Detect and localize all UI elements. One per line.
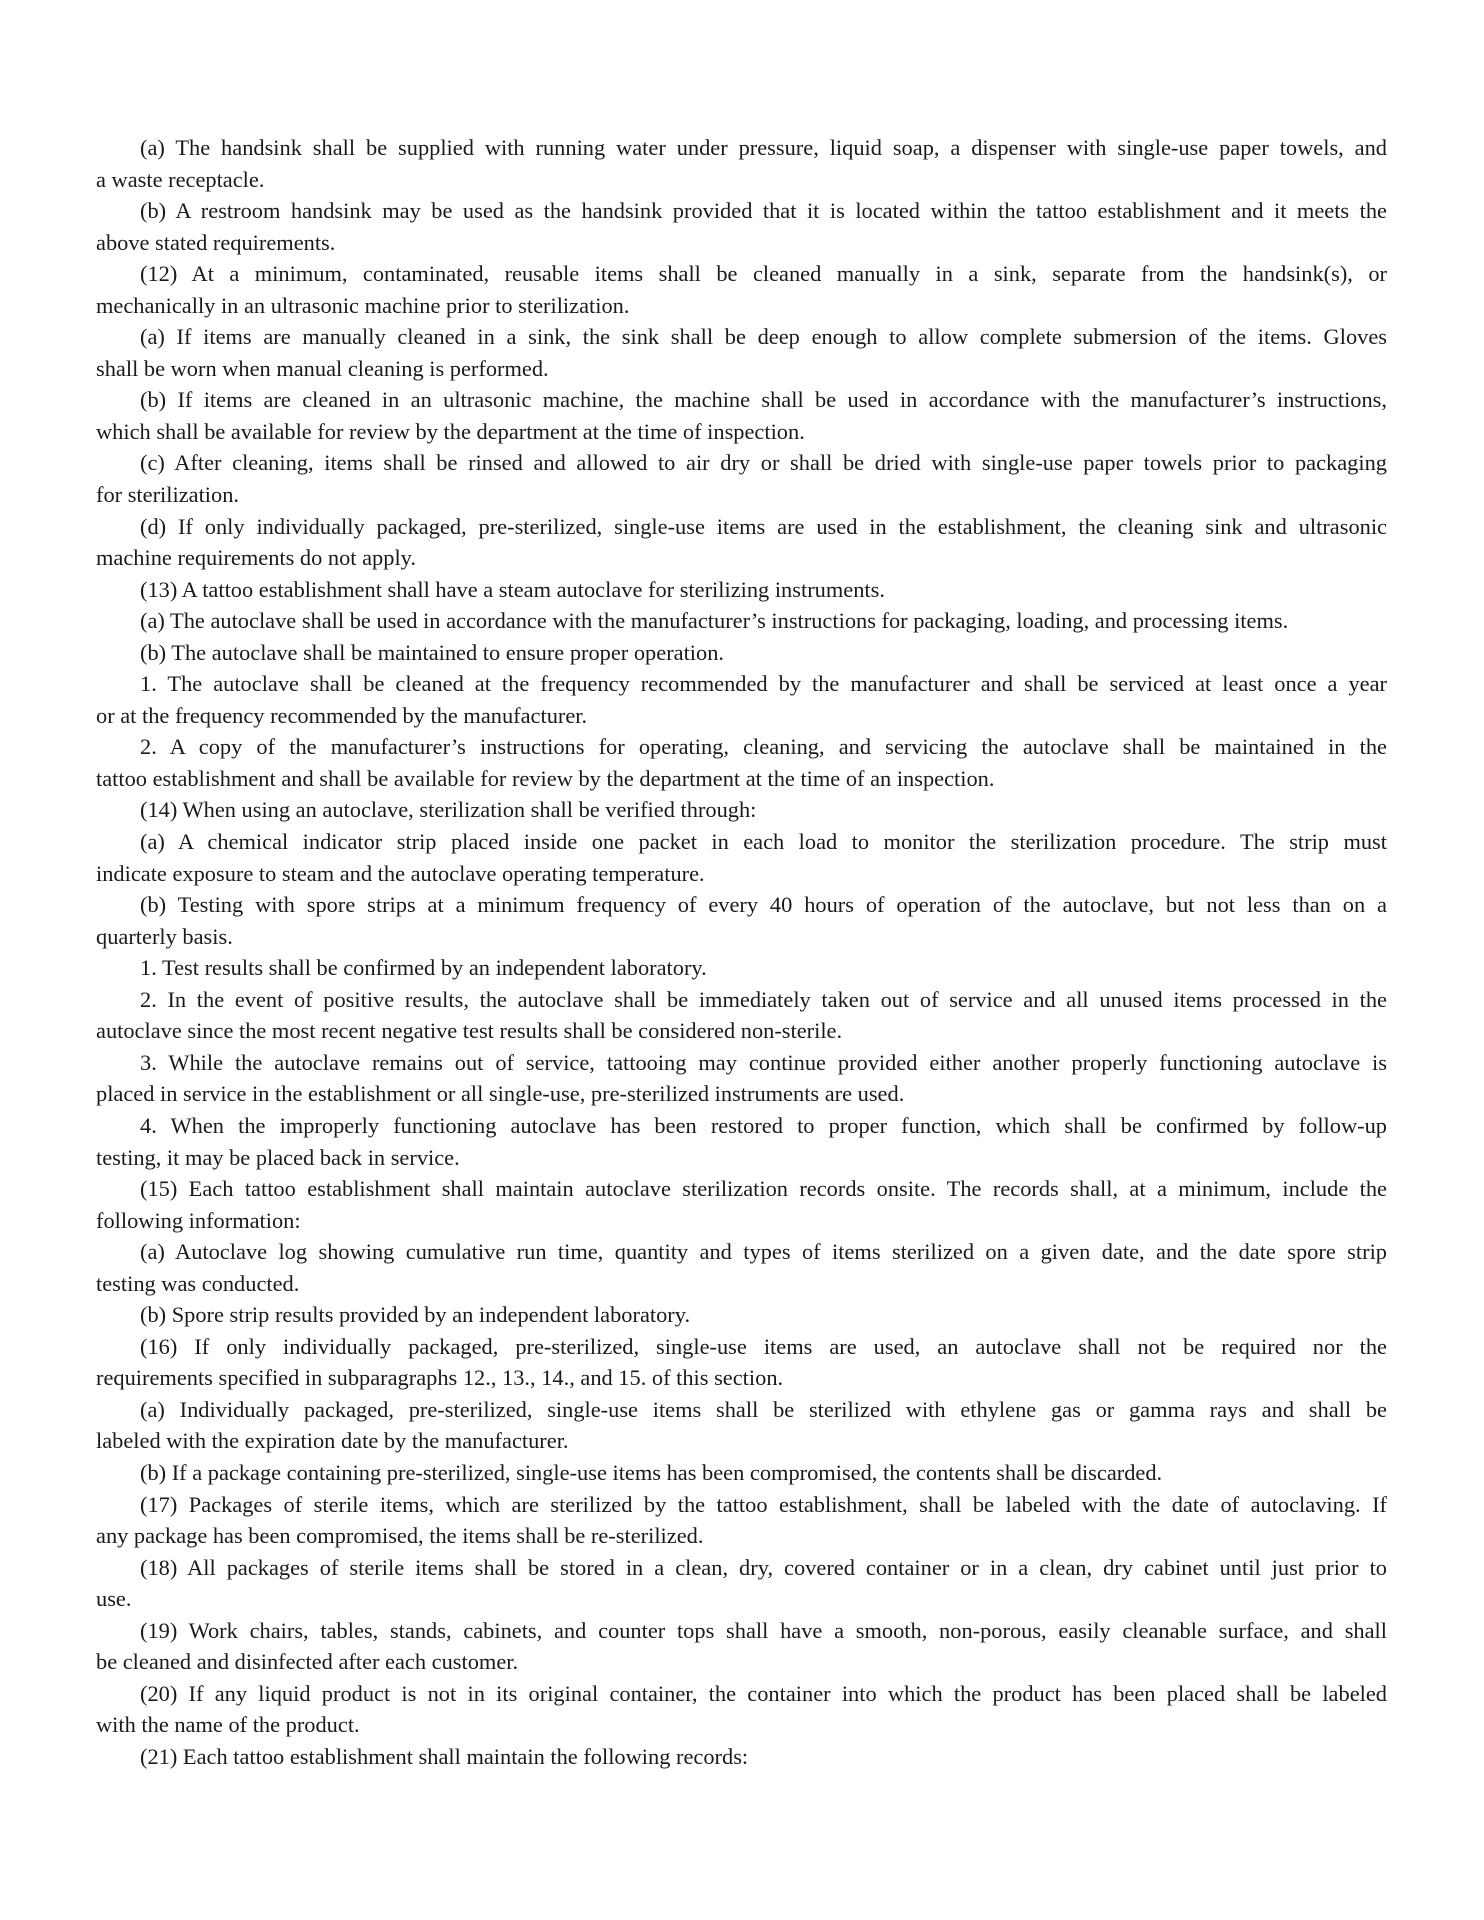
paragraph-line: use. [96,1583,1387,1615]
paragraph-14b3: 3. While the autoclave remains out of se… [96,1047,1387,1110]
paragraph-line: (d) If only individually packaged, pre-s… [96,511,1387,543]
paragraph-line: (b) Testing with spore strips at a minim… [96,889,1387,921]
paragraph-line: (a) Individually packaged, pre-sterilize… [96,1394,1387,1426]
paragraph-line: (16) If only individually packaged, pre-… [96,1331,1387,1363]
paragraph-line: (b) The autoclave shall be maintained to… [96,637,1387,669]
paragraph-line: with the name of the product. [96,1709,1387,1741]
paragraph-line: 4. When the improperly functioning autoc… [96,1110,1387,1142]
paragraph-20: (20) If any liquid product is not in its… [96,1678,1387,1741]
paragraph-13b2: 2. A copy of the manufacturer’s instruct… [96,731,1387,794]
paragraph-line: (a) If items are manually cleaned in a s… [96,321,1387,353]
paragraph-line: (20) If any liquid product is not in its… [96,1678,1387,1710]
paragraph-line: tattoo establishment and shall be availa… [96,763,1387,795]
paragraph-line: (12) At a minimum, contaminated, reusabl… [96,258,1387,290]
document-page: (a) The handsink shall be supplied with … [96,132,1387,1772]
paragraph-line: labeled with the expiration date by the … [96,1425,1387,1457]
paragraph-16: (16) If only individually packaged, pre-… [96,1331,1387,1394]
paragraph-line: quarterly basis. [96,921,1387,953]
paragraph-12b: (b) If items are cleaned in an ultrasoni… [96,384,1387,447]
paragraph-14a: (a) A chemical indicator strip placed in… [96,826,1387,889]
paragraph-line: (b) A restroom handsink may be used as t… [96,195,1387,227]
paragraph-13a: (a) The autoclave shall be used in accor… [96,605,1387,637]
paragraph-line: autoclave since the most recent negative… [96,1015,1387,1047]
paragraph-line: (17) Packages of sterile items, which ar… [96,1489,1387,1521]
paragraph-line: placed in service in the establishment o… [96,1078,1387,1110]
paragraph-line: (18) All packages of sterile items shall… [96,1552,1387,1584]
paragraph-12: (12) At a minimum, contaminated, reusabl… [96,258,1387,321]
paragraph-line: or at the frequency recommended by the m… [96,700,1387,732]
paragraph-line: shall be worn when manual cleaning is pe… [96,353,1387,385]
paragraph-line: (13) A tattoo establishment shall have a… [96,574,1387,606]
paragraph-line: above stated requirements. [96,227,1387,259]
paragraph-14b1: 1. Test results shall be confirmed by an… [96,952,1387,984]
paragraph-line: (15) Each tattoo establishment shall mai… [96,1173,1387,1205]
paragraph-line: (a) A chemical indicator strip placed in… [96,826,1387,858]
paragraph-12d: (d) If only individually packaged, pre-s… [96,511,1387,574]
paragraph-16a: (a) Individually packaged, pre-sterilize… [96,1394,1387,1457]
paragraph-17: (17) Packages of sterile items, which ar… [96,1489,1387,1552]
paragraph-line: which shall be available for review by t… [96,416,1387,448]
paragraph-line: be cleaned and disinfected after each cu… [96,1646,1387,1678]
paragraph-line: testing, it may be placed back in servic… [96,1142,1387,1174]
paragraph-line: (21) Each tattoo establishment shall mai… [96,1741,1387,1773]
paragraph-11a: (a) The handsink shall be supplied with … [96,132,1387,195]
paragraph-15a: (a) Autoclave log showing cumulative run… [96,1236,1387,1299]
paragraph-15b: (b) Spore strip results provided by an i… [96,1299,1387,1331]
paragraph-19: (19) Work chairs, tables, stands, cabine… [96,1615,1387,1678]
paragraph-line: indicate exposure to steam and the autoc… [96,858,1387,890]
paragraph-21: (21) Each tattoo establishment shall mai… [96,1741,1387,1773]
paragraph-line: for sterilization. [96,479,1387,511]
paragraph-line: (b) If a package containing pre-steriliz… [96,1457,1387,1489]
paragraph-14b: (b) Testing with spore strips at a minim… [96,889,1387,952]
paragraph-13b1: 1. The autoclave shall be cleaned at the… [96,668,1387,731]
paragraph-14: (14) When using an autoclave, sterilizat… [96,794,1387,826]
paragraph-18: (18) All packages of sterile items shall… [96,1552,1387,1615]
paragraph-line: (a) Autoclave log showing cumulative run… [96,1236,1387,1268]
paragraph-12a: (a) If items are manually cleaned in a s… [96,321,1387,384]
paragraph-line: machine requirements do not apply. [96,542,1387,574]
paragraph-line: 1. Test results shall be confirmed by an… [96,952,1387,984]
paragraph-line: requirements specified in subparagraphs … [96,1362,1387,1394]
paragraph-line: (b) Spore strip results provided by an i… [96,1299,1387,1331]
paragraph-line: (a) The autoclave shall be used in accor… [96,605,1387,637]
paragraph-15: (15) Each tattoo establishment shall mai… [96,1173,1387,1236]
paragraph-line: any package has been compromised, the it… [96,1520,1387,1552]
paragraph-12c: (c) After cleaning, items shall be rinse… [96,447,1387,510]
paragraph-line: a waste receptacle. [96,164,1387,196]
paragraph-13b: (b) The autoclave shall be maintained to… [96,637,1387,669]
paragraph-16b: (b) If a package containing pre-steriliz… [96,1457,1387,1489]
paragraph-14b4: 4. When the improperly functioning autoc… [96,1110,1387,1173]
paragraph-line: (b) If items are cleaned in an ultrasoni… [96,384,1387,416]
paragraph-line: 2. A copy of the manufacturer’s instruct… [96,731,1387,763]
paragraph-line: (19) Work chairs, tables, stands, cabine… [96,1615,1387,1647]
paragraph-line: (a) The handsink shall be supplied with … [96,132,1387,164]
paragraph-13: (13) A tattoo establishment shall have a… [96,574,1387,606]
paragraph-line: following information: [96,1205,1387,1237]
paragraph-11b: (b) A restroom handsink may be used as t… [96,195,1387,258]
paragraph-line: testing was conducted. [96,1268,1387,1300]
paragraph-line: 1. The autoclave shall be cleaned at the… [96,668,1387,700]
paragraph-14b2: 2. In the event of positive results, the… [96,984,1387,1047]
paragraph-line: 2. In the event of positive results, the… [96,984,1387,1016]
paragraph-line: (c) After cleaning, items shall be rinse… [96,447,1387,479]
paragraph-line: (14) When using an autoclave, sterilizat… [96,794,1387,826]
paragraph-line: 3. While the autoclave remains out of se… [96,1047,1387,1079]
paragraph-line: mechanically in an ultrasonic machine pr… [96,290,1387,322]
